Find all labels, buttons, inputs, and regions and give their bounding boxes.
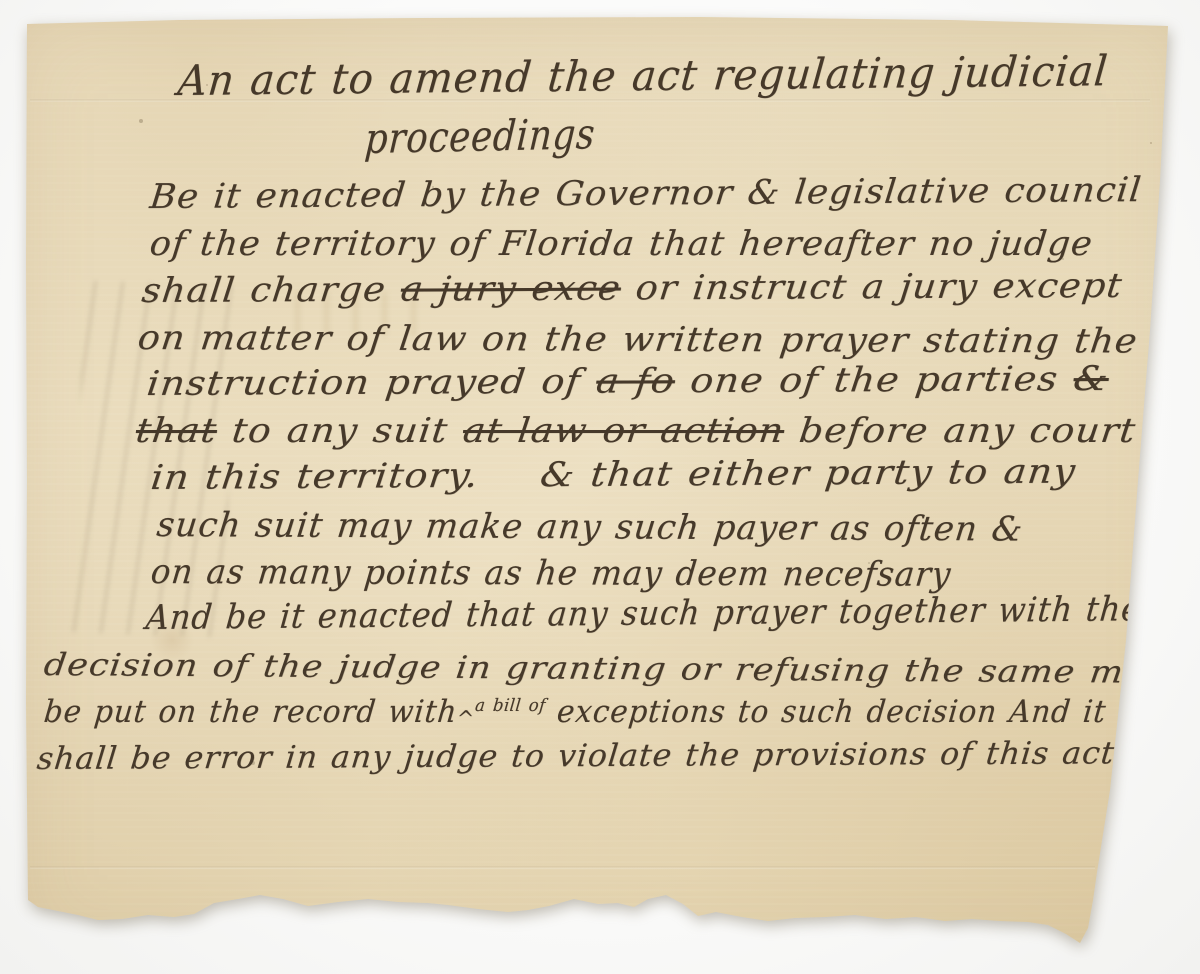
text-segment: And be it enacted that any such prayer t… bbox=[144, 589, 1143, 638]
text-segment: on as many points as he may deem necefsa… bbox=[149, 552, 953, 595]
manuscript-page: An act to amend the act regulating judic… bbox=[0, 0, 1200, 974]
handwritten-line: such suit may make any such payer as oft… bbox=[155, 508, 1025, 547]
handwritten-line: And be it enacted that any such prayer t… bbox=[144, 592, 1142, 635]
text-segment: one of the parties bbox=[673, 359, 1076, 401]
text-segment: proceedings bbox=[363, 109, 597, 163]
text-segment: of the territory of Florida that hereaft… bbox=[148, 224, 1095, 264]
handwritten-line: shall be error in any judge to violate t… bbox=[35, 738, 1116, 775]
struck-text: a jury exce bbox=[399, 268, 623, 309]
text-segment: instruction prayed of bbox=[145, 362, 599, 404]
handwritten-line: An act to amend the act regulating judic… bbox=[176, 50, 1110, 102]
handwritten-line: on matter of law on the written prayer s… bbox=[136, 321, 1140, 358]
text-segment: An act to amend the act regulating judic… bbox=[176, 46, 1110, 105]
handwritten-line: Be it enacted by the Governor & legislat… bbox=[148, 173, 1143, 214]
inserted-text: a bill of bbox=[474, 696, 546, 716]
text-segment: shall be error in any judge to violate t… bbox=[35, 735, 1116, 777]
text-segment: shall charge bbox=[140, 270, 403, 311]
text-segment: decision of the judge in granting or ref… bbox=[42, 647, 1169, 691]
handwritten-line: proceedings bbox=[364, 113, 597, 160]
text-segment: or instruct a jury except bbox=[619, 266, 1125, 309]
text-segment: before any court bbox=[782, 411, 1138, 451]
text-segment: exceptions to such decision And it bbox=[543, 694, 1108, 730]
handwritten-line: on as many points as he may deem necefsa… bbox=[149, 555, 953, 592]
handwritten-line: instruction prayed of a fo one of the pa… bbox=[145, 362, 1111, 401]
text-segment: on matter of law on the written prayer s… bbox=[136, 318, 1140, 361]
struck-text: at law or action bbox=[461, 411, 787, 451]
text-segment: in this territory. & that either party t… bbox=[149, 452, 1078, 498]
handwritten-line: shall charge a jury exce or instruct a j… bbox=[140, 269, 1124, 308]
text-segment: Be it enacted by the Governor & legislat… bbox=[148, 170, 1144, 217]
scan-background: An act to amend the act regulating judic… bbox=[0, 0, 1200, 974]
handwritten-line: in this territory. & that either party t… bbox=[149, 455, 1078, 495]
text-segment: to any suit bbox=[215, 411, 466, 451]
paper-specks bbox=[0, 0, 2, 2]
struck-text: a fo bbox=[594, 361, 677, 401]
handwritten-line: of the territory of Florida that hereaft… bbox=[148, 227, 1094, 261]
handwritten-line: that to any suit at law or action before… bbox=[134, 414, 1138, 448]
struck-text: & bbox=[1071, 359, 1111, 399]
struck-text: that bbox=[134, 411, 220, 451]
text-segment: be put on the record with bbox=[42, 694, 459, 730]
handwritten-line: be put on the record with^a bill of exce… bbox=[42, 697, 1107, 728]
paper-shadow-wrap: An act to amend the act regulating judic… bbox=[0, 0, 1200, 974]
handwriting-layer: An act to amend the act regulating judic… bbox=[0, 0, 1200, 974]
text-segment: such suit may make any such payer as oft… bbox=[155, 505, 1026, 550]
handwritten-line: decision of the judge in granting or ref… bbox=[42, 650, 1168, 689]
insertion-caret: ^ bbox=[455, 707, 475, 732]
